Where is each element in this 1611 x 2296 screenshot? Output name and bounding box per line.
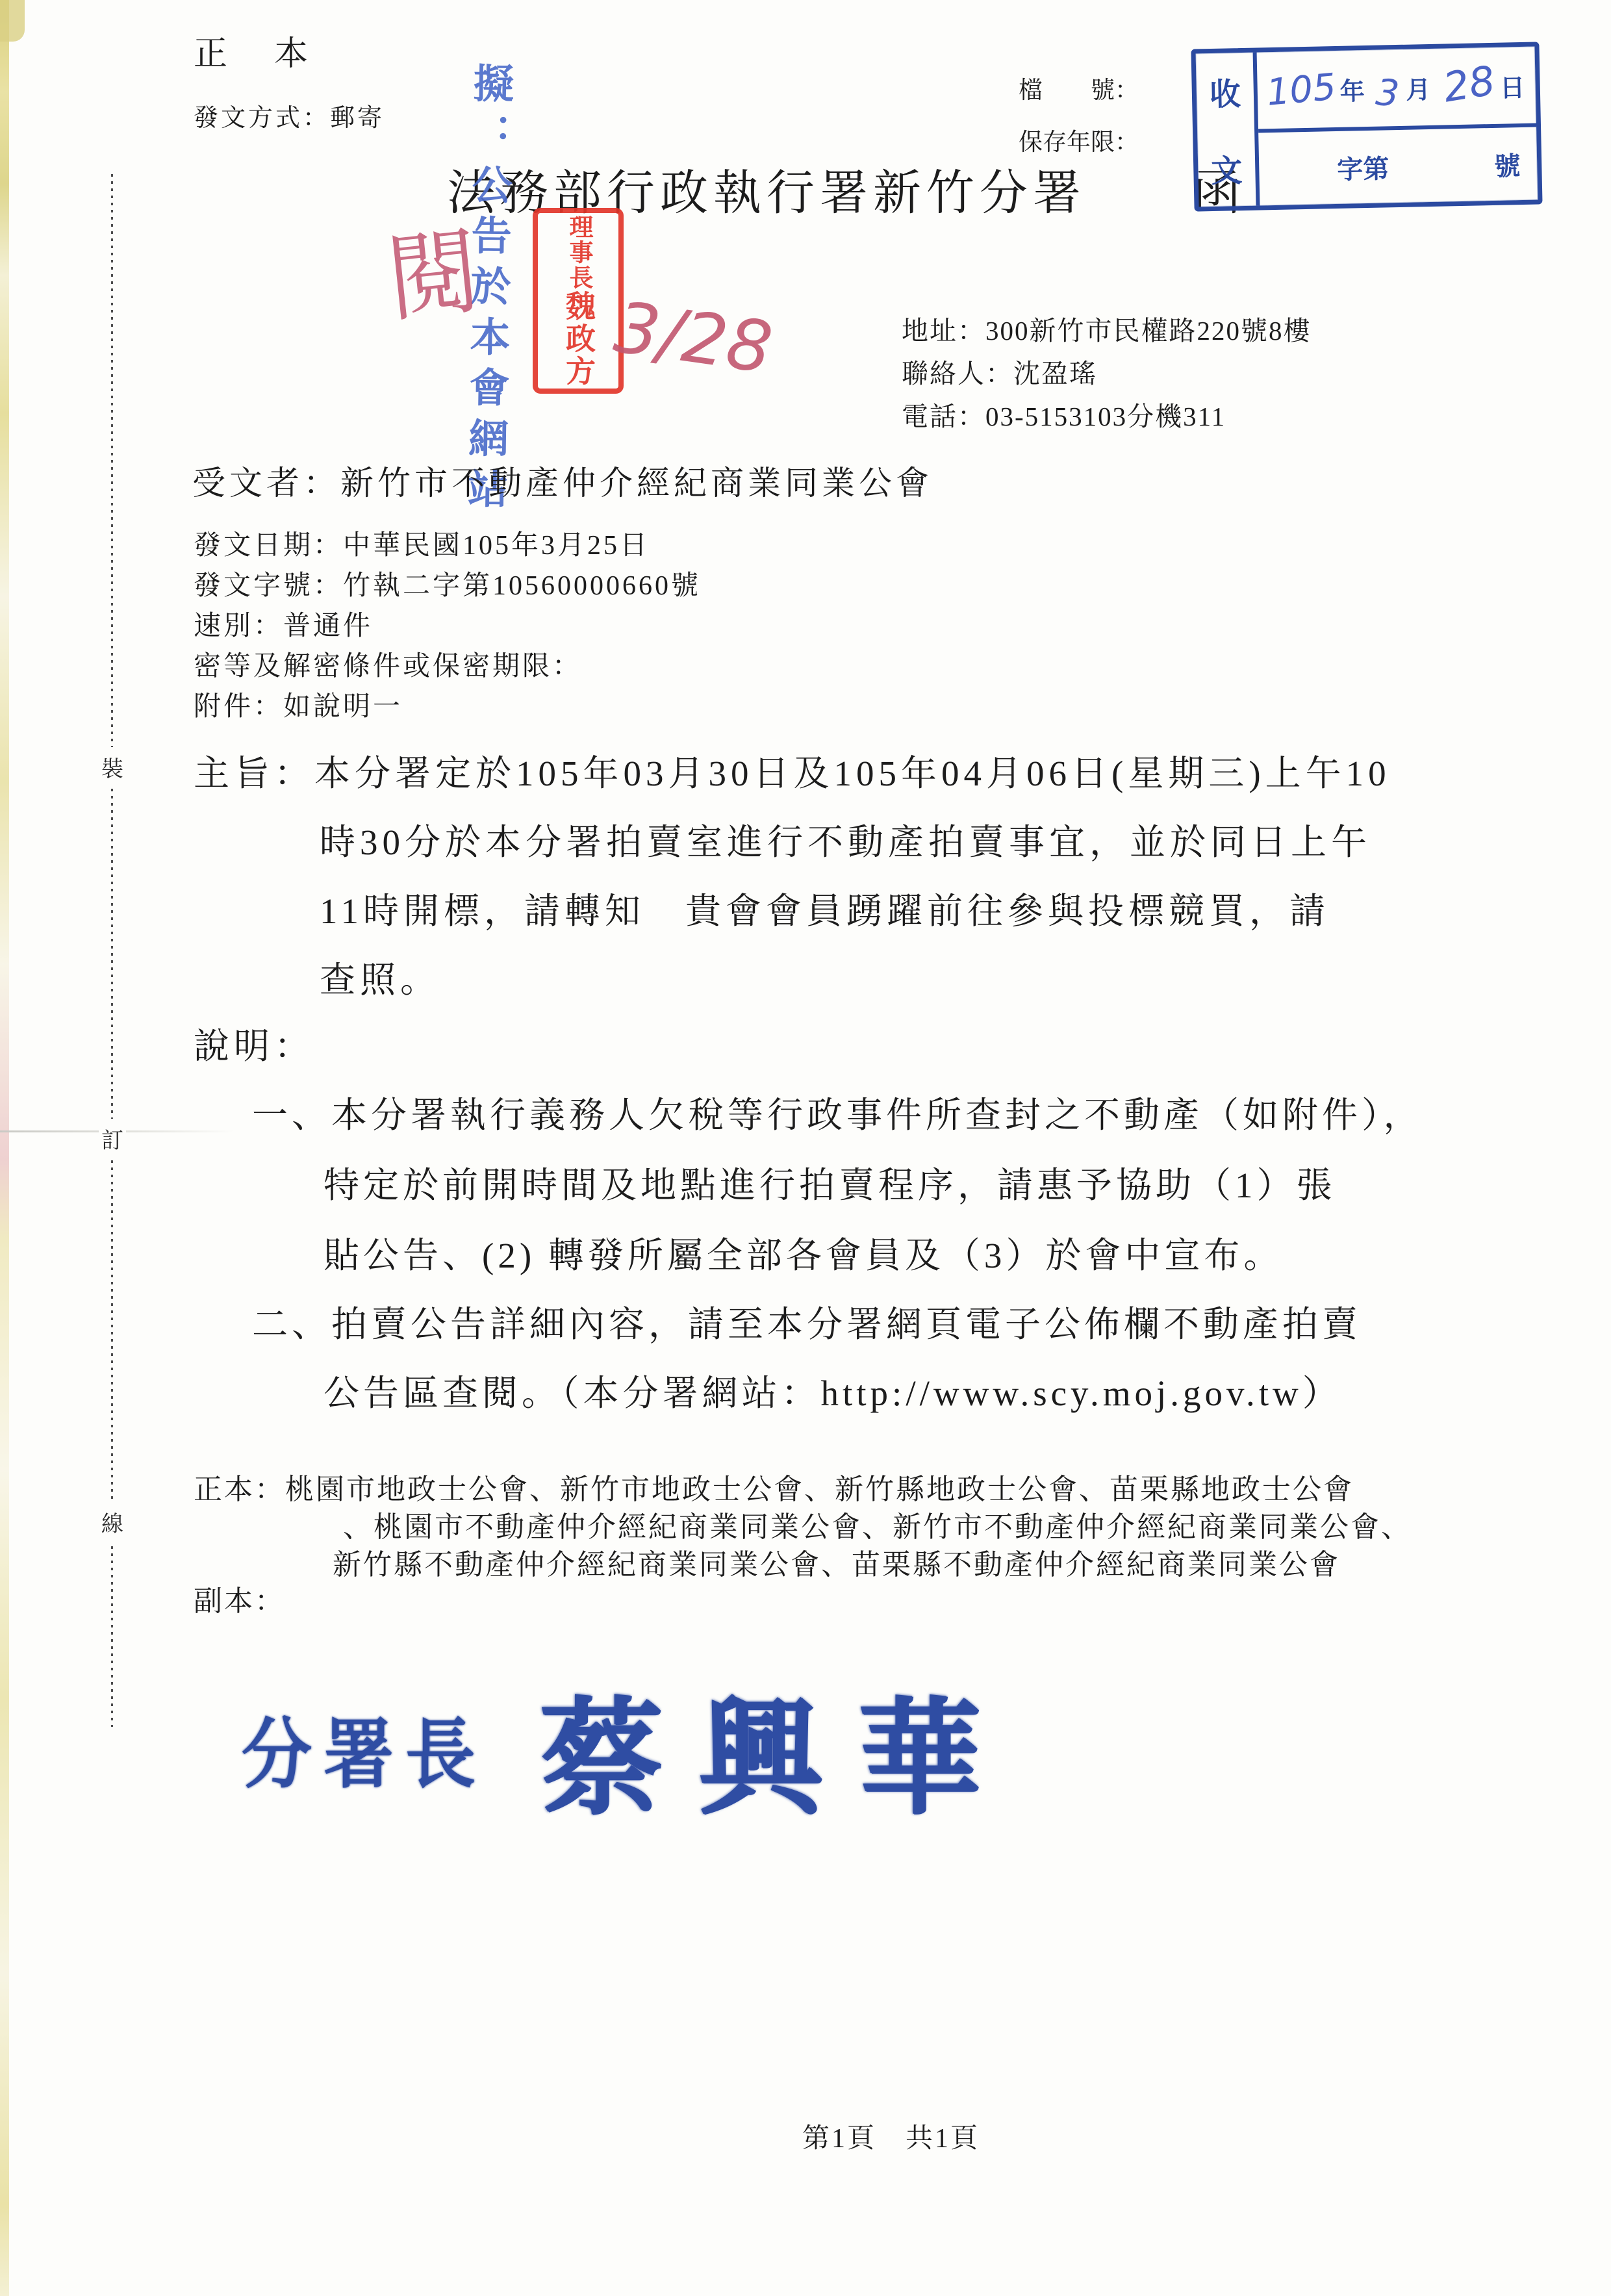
recipient-line: 受文者：新竹市不動產仲介經紀商業同業公會: [192, 456, 933, 504]
subject-line: 時30分於本分署拍賣室進行不動產拍賣事宜，並於同日上午: [320, 813, 1371, 865]
agency-address: 地址：300新竹市民權路220號8樓: [902, 309, 1312, 348]
scanned-official-letter: 裝 訂 線 正 本 發文方式：郵寄 檔 號： 保存年限： 法務部行政執行署新竹分…: [0, 0, 1611, 2296]
explanation-item2-line: 二、拍賣公告詳細內容，請至本分署網頁電子公佈欄不動產拍賣: [252, 1295, 1362, 1347]
delivery-method: 發文方式：郵寄: [194, 97, 385, 133]
scan-corner-artifact: [0, 0, 25, 42]
explanation-heading: 說明：: [194, 1017, 314, 1069]
serial-suffix-label: 號: [1494, 146, 1521, 183]
serial-prefix-label: 字第: [1337, 148, 1389, 186]
document-number: 發文字號：竹執二字第10560000660號: [194, 564, 701, 603]
issue-date: 發文日期：中華民國105年3月25日: [194, 524, 650, 563]
received-stamp-fields: 105 年 3 月 28 日 字第 號: [1257, 47, 1538, 206]
subject-line: 查照。: [320, 951, 440, 1002]
file-number-label: 檔 號：: [1019, 70, 1139, 105]
explanation-item1-line: 一、本分署執行義務人欠稅等行政事件所查封之不動產（如附件），: [252, 1086, 1423, 1138]
distribution-original-line: 正本：桃園市地政士公會、新竹市地政士公會、新竹縣地政士公會、苗栗縣地政士公會: [194, 1466, 1354, 1507]
received-stamp-label-column: 收 文: [1196, 53, 1260, 207]
director-signature-seal: 分署長 蔡興華: [242, 1670, 1017, 1826]
binding-mark-ding: 訂: [99, 1119, 126, 1158]
attachment-note: 附件：如說明一: [194, 685, 403, 724]
explanation-item1-line: 特定於前開時間及地點進行拍賣程序，請惠予協助（1）張: [323, 1156, 1336, 1208]
subject-line: 11時開標，請轉知 貴會會員踴躍前往參與投標競買，請: [320, 882, 1330, 934]
received-stamp-date-row: 105 年 3 月 28 日: [1257, 47, 1537, 133]
binding-dotted-line: [111, 174, 113, 1727]
contact-person: 聯絡人：沈盈瑤: [902, 352, 1097, 390]
handwritten-date: 3/28: [609, 287, 777, 390]
security-class: 密等及解密條件或保密期限：: [194, 644, 582, 683]
binding-mark-zhuang: 裝: [99, 747, 126, 787]
received-month-value: 3: [1374, 71, 1401, 115]
received-year-value: 105: [1265, 66, 1338, 114]
chairman-seal-title: 理事長: [561, 214, 596, 290]
handwritten-review-mark: 閱: [380, 195, 485, 341]
received-year-label: 年: [1339, 71, 1365, 107]
explanation-item2-line: 公告區查閱。（本分署網站：http://www.scy.moj.gov.tw）: [323, 1364, 1342, 1416]
received-day-value: 28: [1440, 56, 1498, 111]
received-stamp-char-wen: 文: [1211, 146, 1243, 191]
received-stamp-serial-row: 字第 號: [1258, 127, 1538, 206]
director-title: 分署長: [242, 1693, 487, 1802]
chairman-seal-name: 魏政方: [557, 290, 600, 388]
director-name: 蔡興華: [539, 1657, 1017, 1838]
distribution-original-line: 、桃園市不動產仲介經紀商業同業公會、新竹市不動產仲介經紀商業同業公會、: [343, 1503, 1412, 1545]
copy-type-label: 正 本: [194, 26, 314, 75]
explanation-item1-line: 貼公告、(2) 轉發所屬全部各會員及（3）於會中宣布。: [323, 1227, 1283, 1278]
received-month-label: 月: [1406, 69, 1431, 105]
page-number: 第1頁 共1頁: [802, 2117, 980, 2156]
received-day-label: 日: [1500, 67, 1525, 103]
speed-class: 速別：普通件: [194, 604, 373, 643]
binding-mark-xian: 線: [99, 1502, 126, 1542]
contact-phone: 電話：03-5153103分機311: [902, 395, 1226, 433]
distribution-original-line: 新竹縣不動產仲介經紀商業同業公會、苗栗縣不動產仲介經紀商業同業公會: [333, 1541, 1340, 1583]
subject-line: 主旨：本分署定於105年03月30日及105年04月06日(星期三)上午10: [194, 745, 1391, 796]
received-stamp: 收 文 105 年 3 月 28 日 字第 號: [1191, 42, 1542, 211]
retention-period-label: 保存年限：: [1019, 122, 1139, 157]
received-stamp-char-shou: 收: [1209, 69, 1241, 114]
distribution-copy-label: 副本：: [194, 1577, 285, 1619]
scan-edge-artifact: [0, 0, 9, 2296]
